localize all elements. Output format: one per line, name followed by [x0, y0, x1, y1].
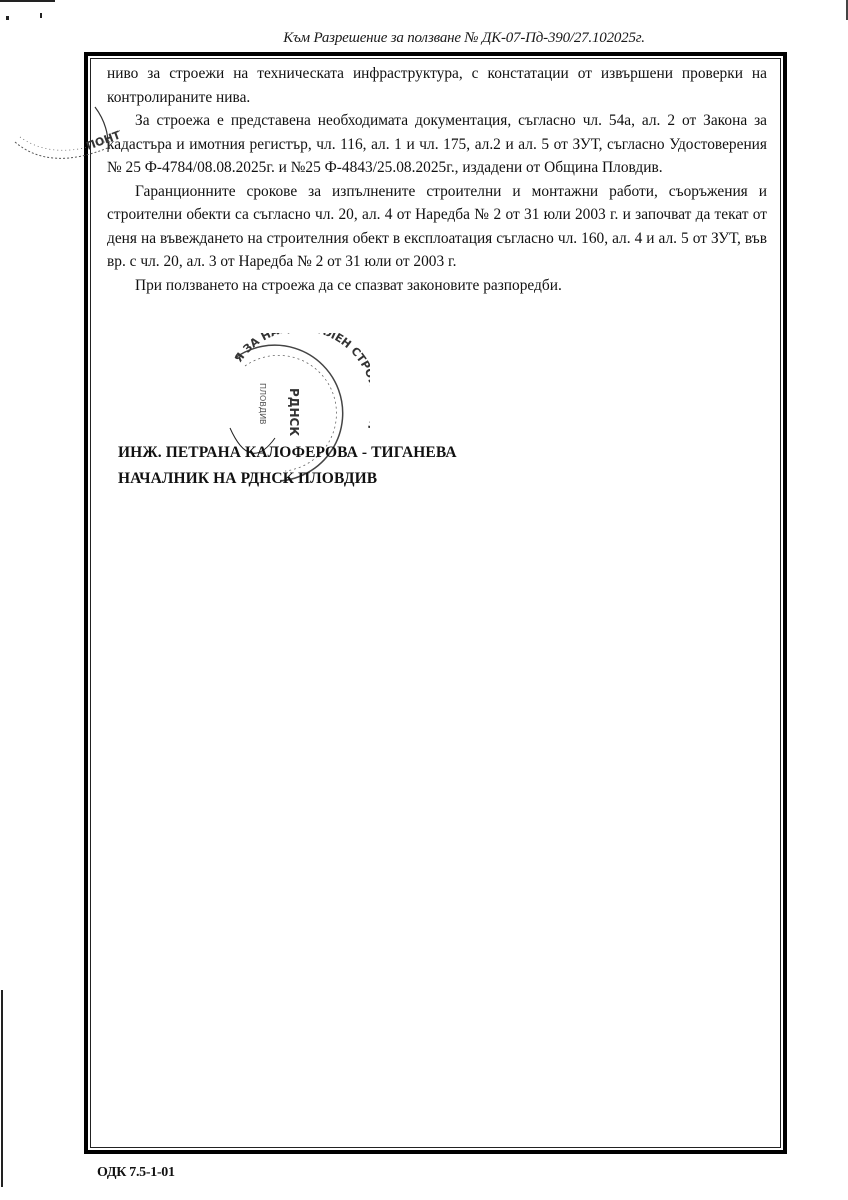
scan-artifact	[0, 0, 55, 2]
signatory-name: ИНЖ. ПЕТРАНА КАЛОФЕРОВА - ТИГАНЕВА	[118, 440, 457, 466]
paragraph-compliance: При ползването на строежа да се спазват …	[107, 274, 767, 298]
form-code: ОДК 7.5-1-01	[97, 1165, 175, 1181]
document-reference-header: Към Разрешение за ползване № ДК-07-Пд-39…	[0, 30, 848, 47]
document-body: ниво за строежи на техническата инфрастр…	[107, 62, 767, 297]
paragraph-documentation: За строежа е представена необходимата до…	[107, 109, 767, 180]
paragraph-continuation: ниво за строежи на техническата инфрастр…	[107, 62, 767, 109]
scan-artifact	[6, 16, 9, 20]
scan-edge-line	[1, 990, 3, 1187]
paragraph-warranty: Гаранционните срокове за изпълнените стр…	[107, 180, 767, 274]
signatory-title: НАЧАЛНИК НА РДНСК ПЛОВДИВ	[118, 466, 457, 492]
signature-block: ИНЖ. ПЕТРАНА КАЛОФЕРОВА - ТИГАНЕВА НАЧАЛ…	[118, 440, 457, 492]
scan-artifact	[40, 13, 42, 18]
